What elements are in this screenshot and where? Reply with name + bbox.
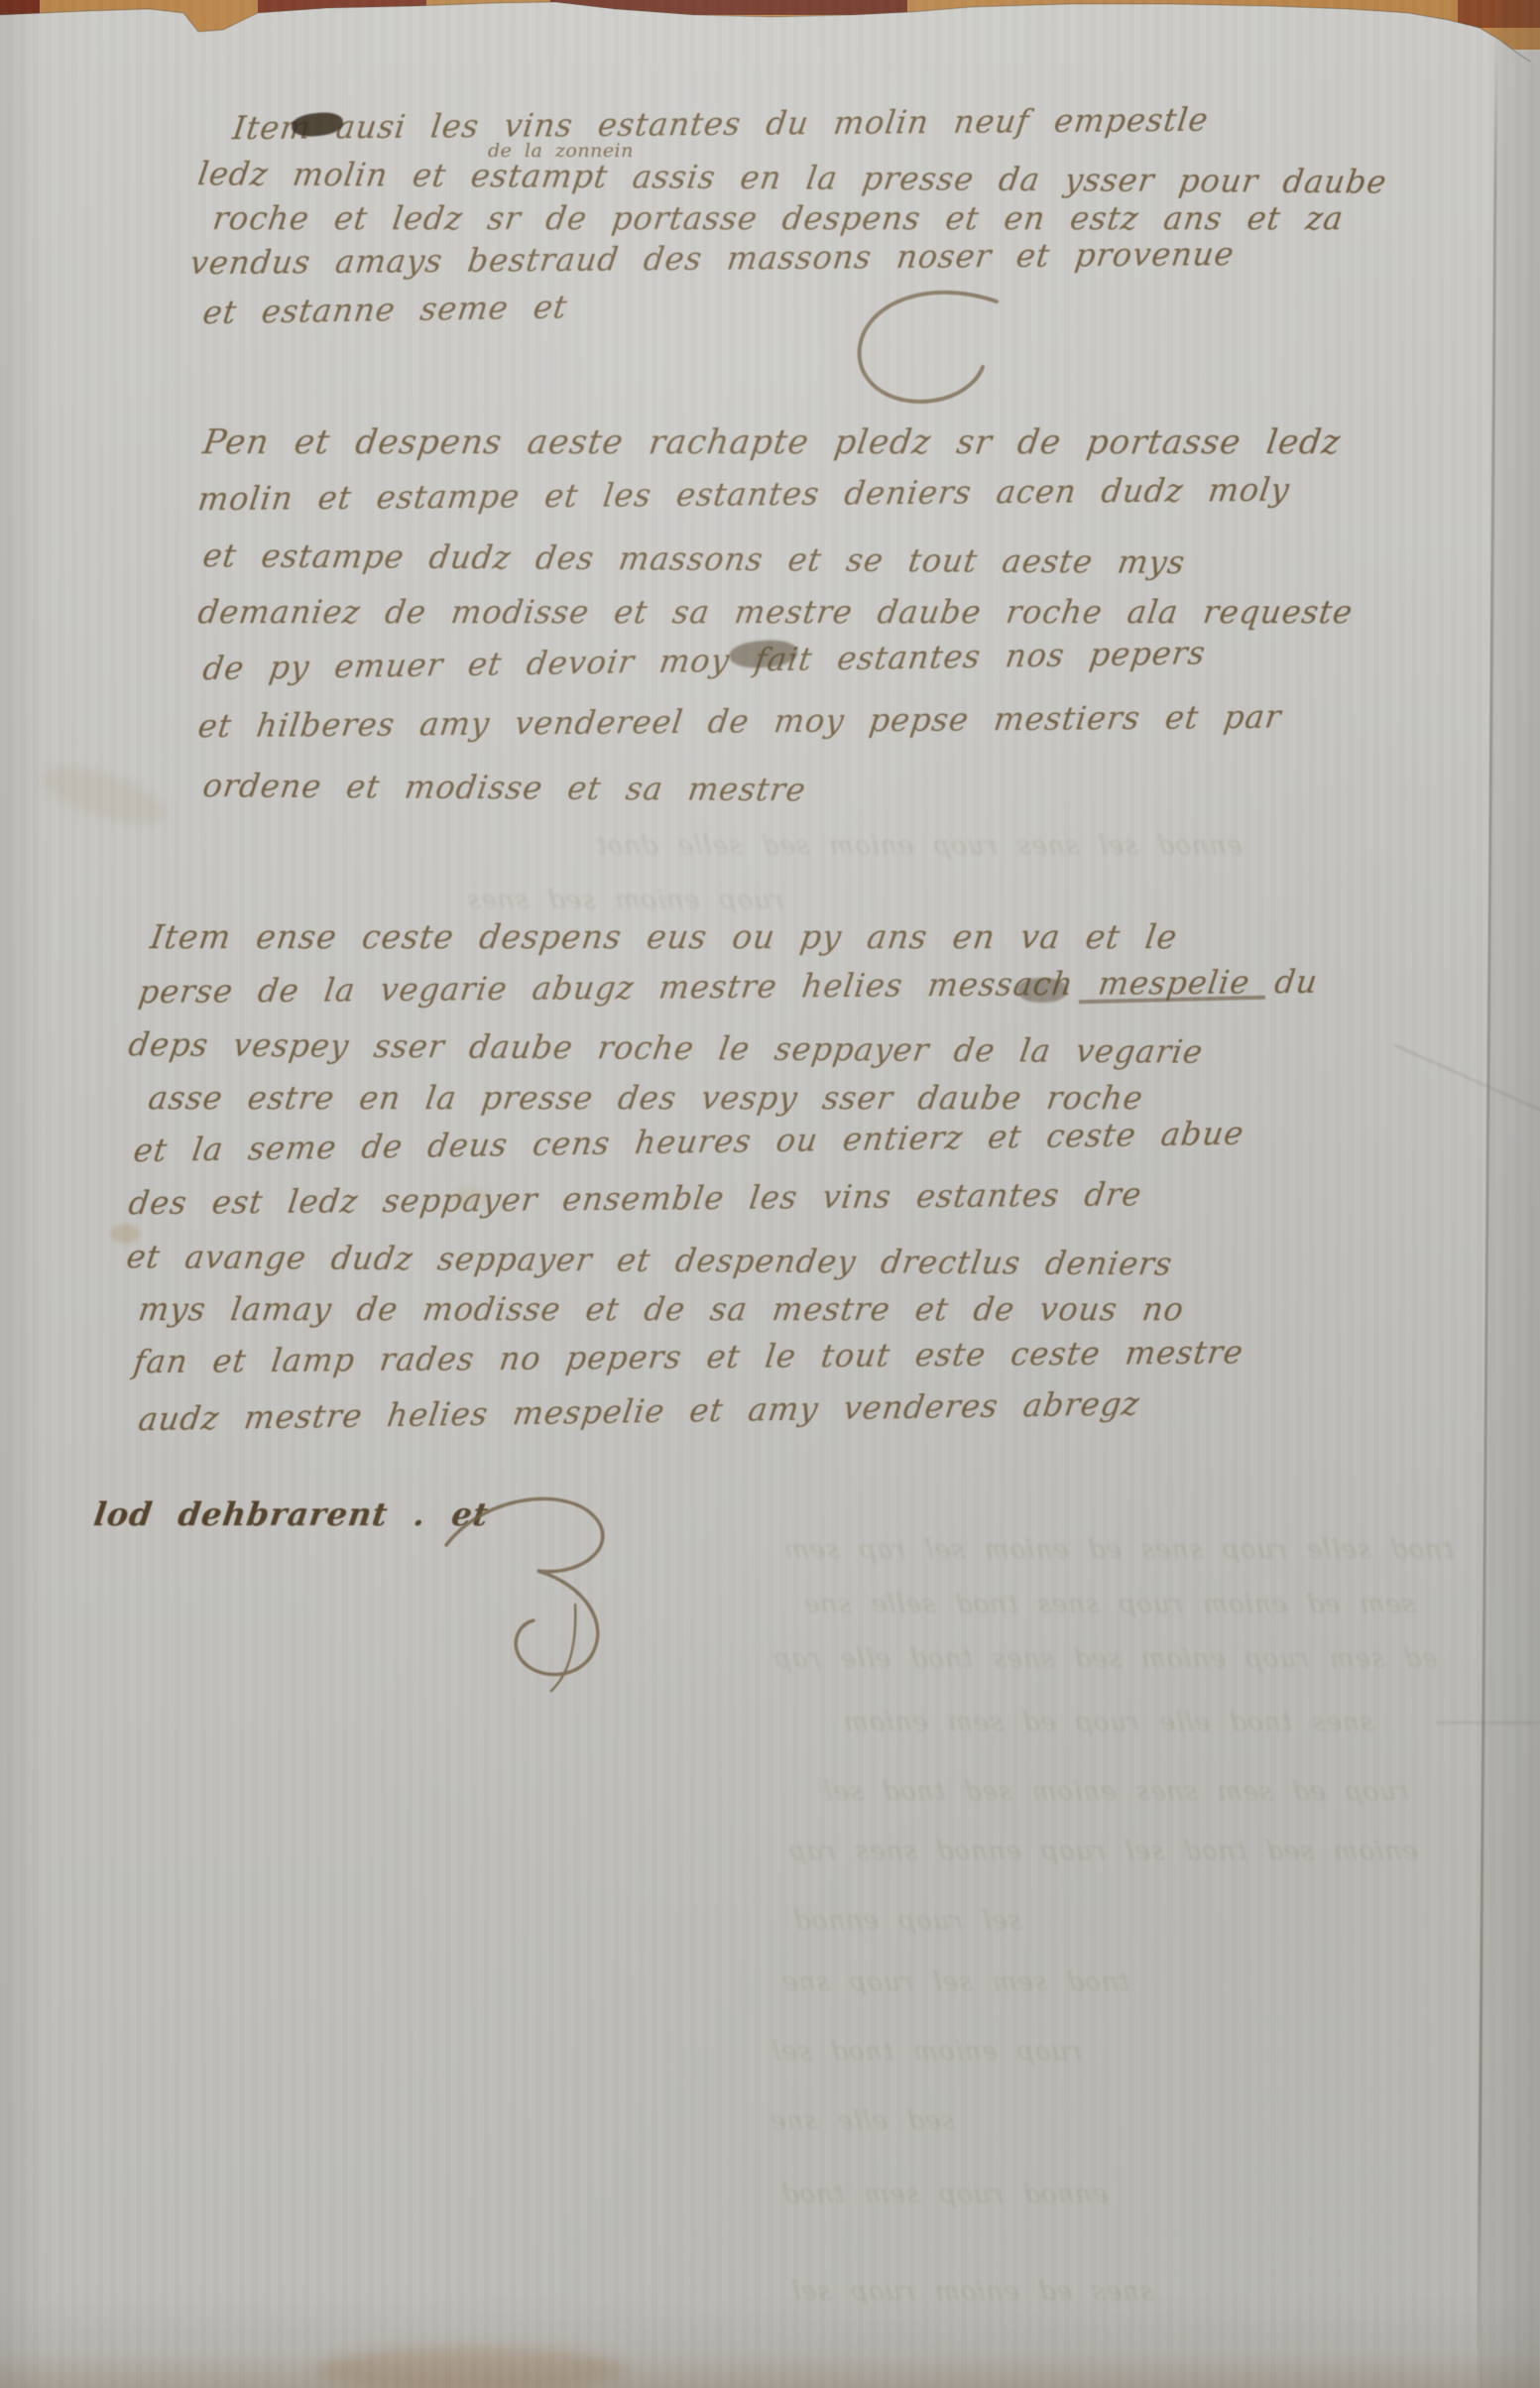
p1-line-0: Item ausi les vins estantes du molin neu… <box>230 100 1211 147</box>
p3-line-1: perse de la vegarie abugz mestre helies … <box>136 963 1320 1011</box>
bleedthrough-line: snes tnod elle ruop ed sem eniom <box>841 1708 1374 1737</box>
p3-line-3: asse estre en la presse des vespy sser d… <box>146 1079 1145 1117</box>
p1-line-1: ledz molin et estampt assis en la presse… <box>195 155 1389 200</box>
p3-line-7: mys lamay de modisse et de sa mestre et … <box>136 1290 1186 1328</box>
manuscript-page: Item ausi les vins estantes du molin neu… <box>0 0 1540 2388</box>
bleedthrough-line: sel ruop ennod <box>791 1906 1022 1936</box>
p1-line-4: et estanne seme et <box>200 288 569 331</box>
p2-line-2: et estampe dudz des massons et se tout a… <box>200 537 1188 581</box>
bleedthrough-line: ed sem ruop eniom sed snes tnod elle rap <box>771 1644 1439 1674</box>
bleedthrough-line: ennod sel snes ruop eniom sed selle dnot <box>593 831 1244 861</box>
horizontal-crease <box>1436 1722 1540 1724</box>
p2-line-5: et hilberes amy vendereel de moy pepse m… <box>195 697 1283 745</box>
p1-line-2: roche et ledz sr de portasse despens et … <box>210 199 1346 237</box>
p3-line-6: et avange dudz seppayer et despendey dre… <box>124 1238 1175 1282</box>
p2-line-3: demaniez de modisse et sa mestre daube r… <box>195 593 1355 631</box>
paper-stain <box>36 755 172 836</box>
p3-line-4: et la seme de deus cens heures ou entier… <box>131 1114 1246 1169</box>
bleedthrough-line: ennod ruop sem tnod <box>779 2180 1109 2209</box>
p2-line-0: Pen et despens aeste rachapte pledz sr d… <box>200 422 1344 462</box>
bleedthrough-line: sem ed eniom ruop snes tnod selle sne <box>801 1590 1416 1619</box>
bleedthrough-line: ruop eniom sed snes <box>464 886 784 915</box>
p2-line-6: ordene et modisse et sa mestre <box>200 767 808 808</box>
bleedthrough-line: snes ed eniom ruop sel <box>789 2277 1154 2307</box>
bleedthrough-line: eniom sed tnod sel ruop ennod snes rap <box>786 1837 1419 1866</box>
p1-line-3: vendus amays bestraud des massons noser … <box>187 235 1237 282</box>
bleedthrough-line: tnod sem sel ruop sne <box>779 1968 1130 1997</box>
bleedthrough-line: sed elle sne <box>768 2106 956 2136</box>
p3-line-2: deps vespey sser daube roche le seppayer… <box>126 1025 1206 1071</box>
p2-line-1: molin et estampe et les estantes deniers… <box>195 470 1292 518</box>
bleedthrough-line: ruop ed sem snes eniom sed tnod sel <box>821 1777 1410 1807</box>
p3-line-0: Item ense ceste despens eus ou py ans en… <box>148 917 1180 956</box>
p3-line-8: fan et lamp rades no pepers et le tout e… <box>131 1333 1245 1380</box>
p3-closing-line: lod dehbrarent . et <box>91 1495 491 1533</box>
p2-line-4: de py emuer et devoir moy fait estantes … <box>200 634 1208 687</box>
bleedthrough-line: ruop eniom tnod sel <box>770 2037 1083 2067</box>
p3-line-5: des est ledz seppayer ensemble les vins … <box>126 1175 1144 1222</box>
bottom-edge-shading <box>0 2354 1540 2388</box>
deckled-top-edge <box>0 0 1540 63</box>
bleedthrough-line: tnod selle ruop snes ed eniom sel rap se… <box>781 1535 1455 1565</box>
p3-line-9: audz mestre helies mespelie et amy vende… <box>136 1384 1142 1438</box>
etcetera-flourish <box>848 284 1016 422</box>
